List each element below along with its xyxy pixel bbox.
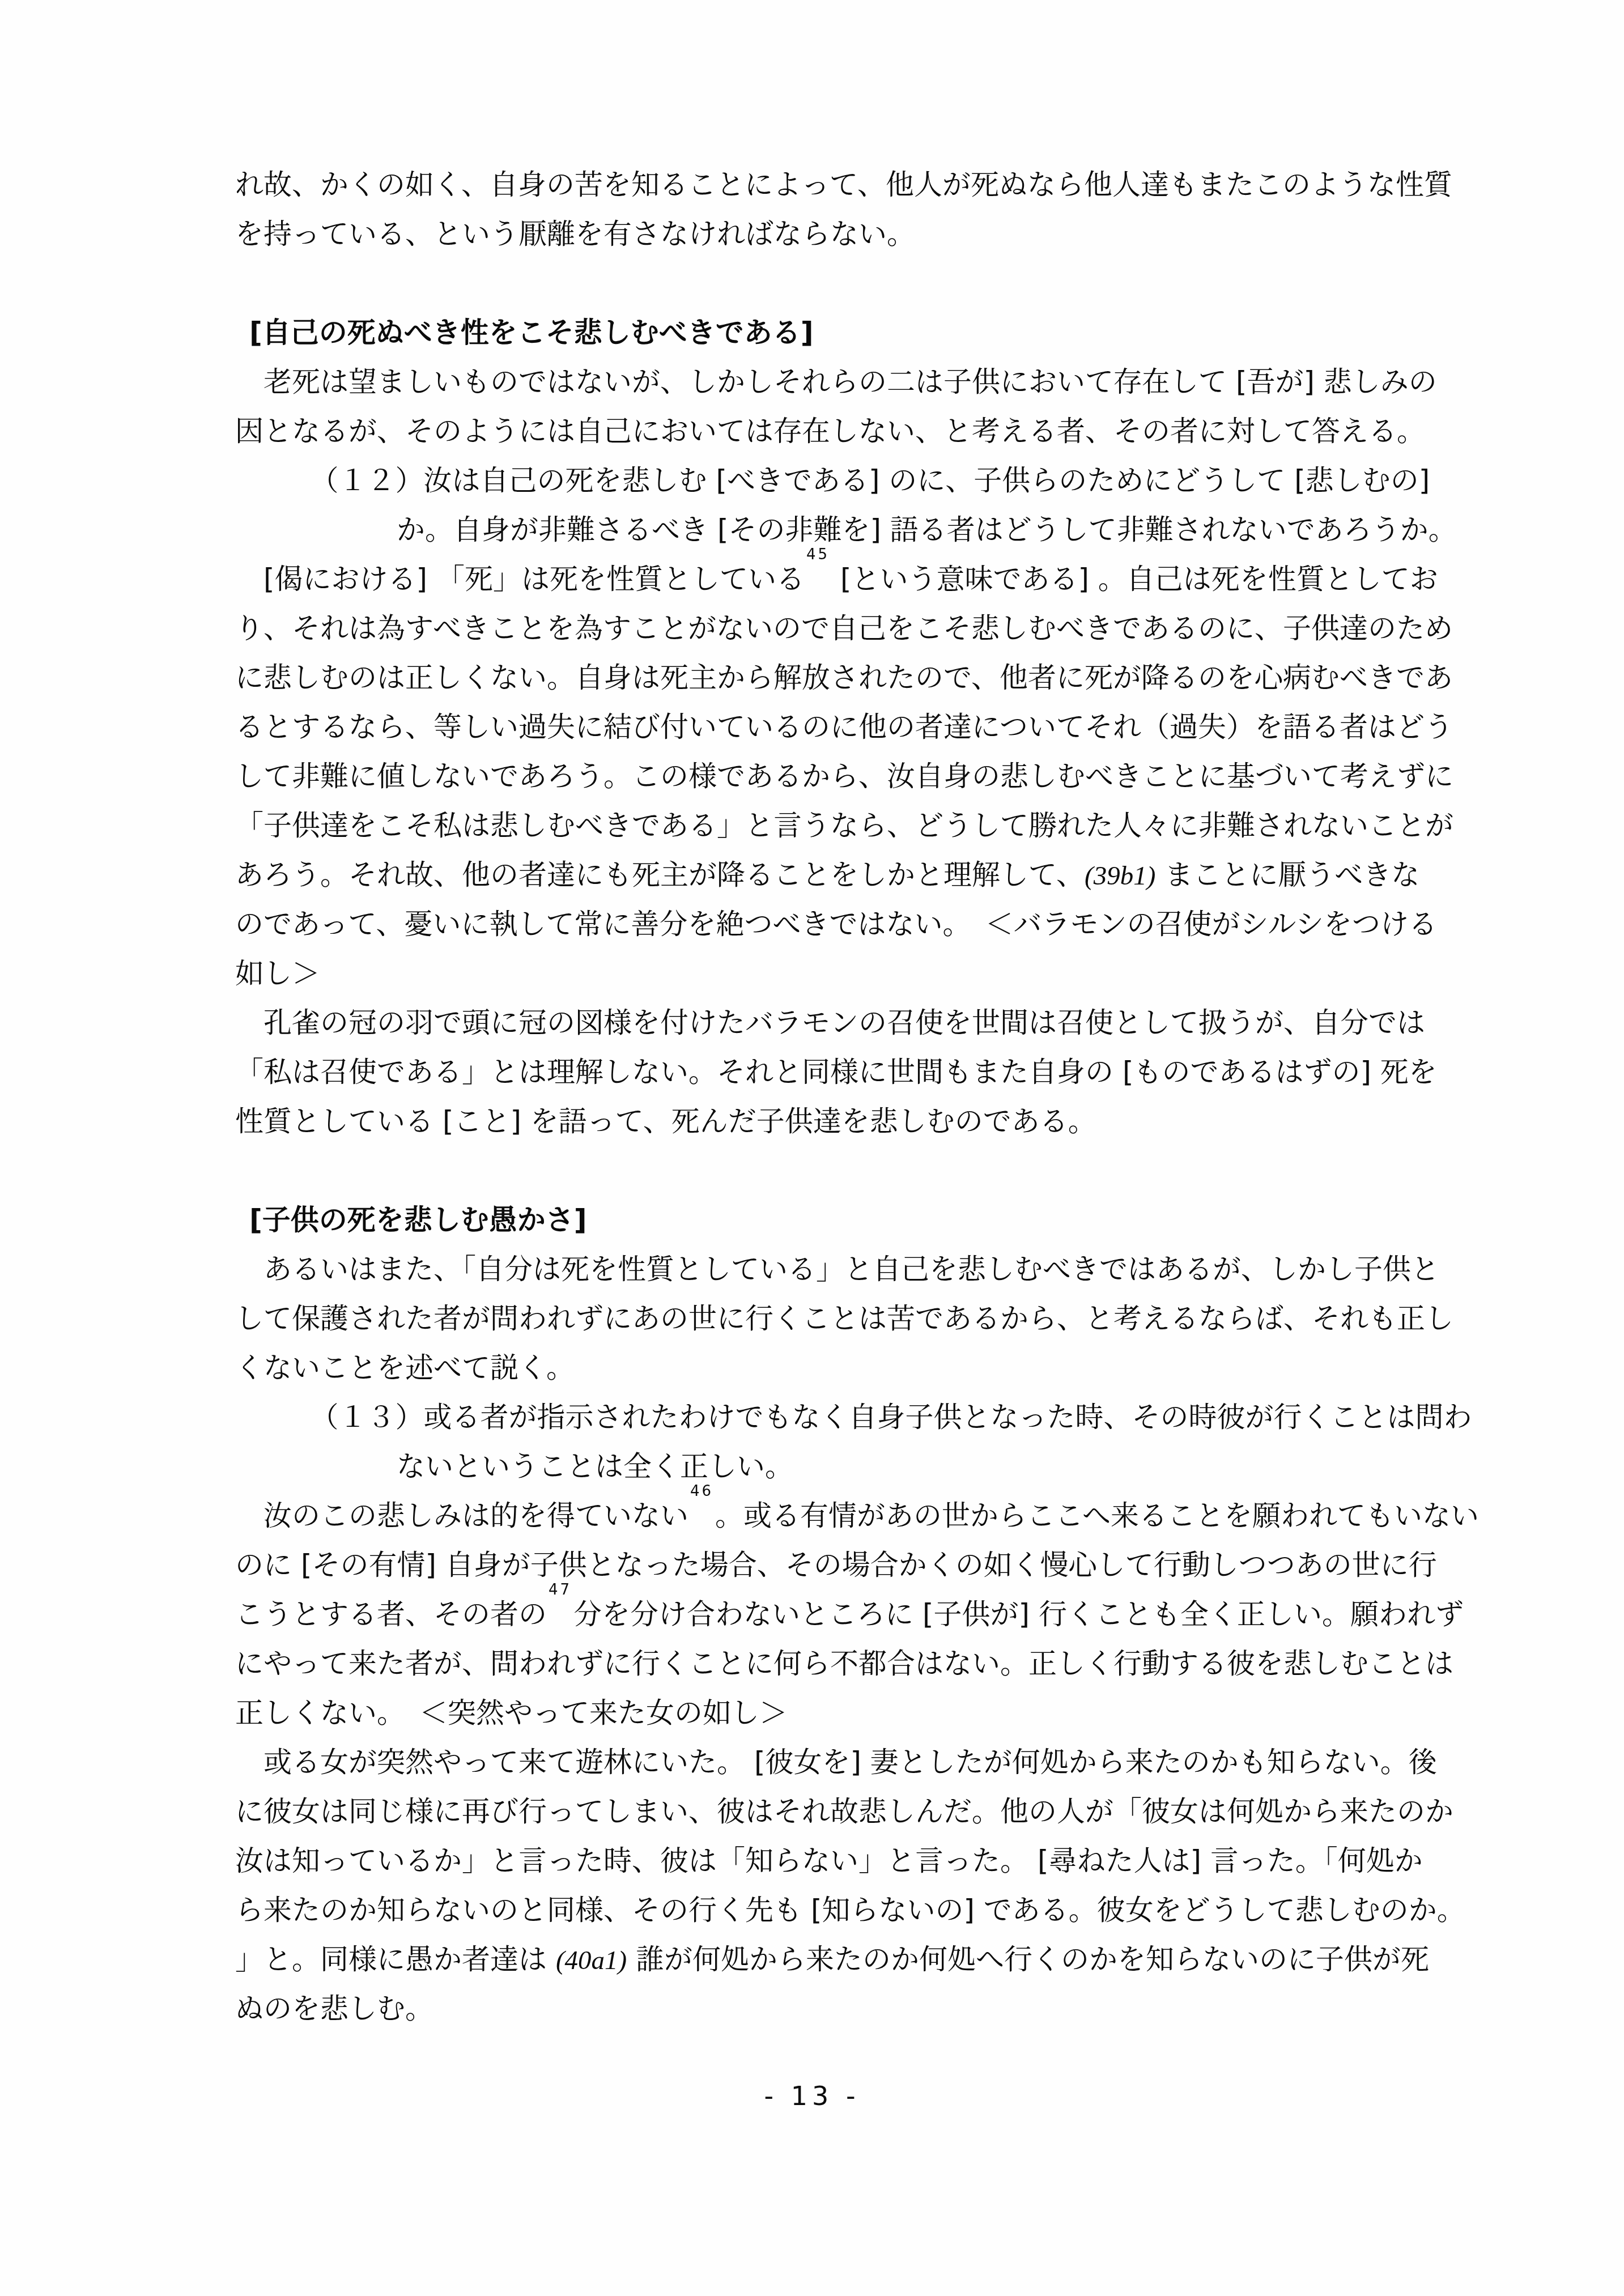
text-line: 或る女が突然やって来て遊林にいた。 [彼女を] 妻としたが何処から来たのかも知ら… [235,1738,1493,1787]
text-line: 正しくない。 ＜突然やって来た女の如し＞ [235,1689,1493,1738]
footnote-ref: 46 [690,1483,713,1500]
folio-ref: (39b1) [1085,861,1155,891]
text-line: くないことを述べて説く。 [235,1343,1493,1393]
document-page: れ故、かくの如く、自身の苦を知ることによって、他人が死ぬなら他人達もまたこのよう… [0,0,1624,2296]
section-heading: [自己の死ぬべき性をこそ悲しむべきである] [235,308,1493,358]
text-line: 汝のこの悲しみは的を得ていない46。或る有情があの世からここへ来ることを願われて… [235,1491,1493,1541]
text-line: あるいはまた、「自分は死を性質としている」と自己を悲しむべきではあるが、しかし子… [235,1245,1493,1294]
text-line: り、それは為すべきことを為すことがないので自己をこそ悲しむべきであるのに、子供達… [235,604,1493,653]
text-line: 「子供達をこそ私は悲しむべきである」と言うなら、どうして勝れた人々に非難されない… [235,801,1493,851]
blank-line [235,259,1493,308]
text-line: あろう。それ故、他の者達にも死主が降ることをしかと理解して、(39b1) まこと… [235,851,1493,900]
text-line: に悲しむのは正しくない。自身は死主から解放されたので、他者に死が降るのを心病むべ… [235,653,1493,703]
footnote-ref: 47 [549,1581,572,1598]
text-line: にやって来た者が、問われずに行くことに何ら不都合はない。正しく行動する彼を悲しむ… [235,1639,1493,1689]
folio-ref: (40a1) [556,1946,627,1975]
blank-line [235,1146,1493,1196]
footnote-ref: 45 [806,546,830,563]
text-line: 性質としている [こと] を語って、死んだ子供達を悲しむのである。 [235,1097,1493,1146]
text-column: れ故、かくの如く、自身の苦を知ることによって、他人が死ぬなら他人達もまたこのよう… [235,160,1493,2034]
text-line: して非難に値しないであろう。この様であるから、汝自身の悲しむべきことに基づいて考… [235,752,1493,801]
text-line: （１３）或る者が指示されたわけでもなく自身子供となった時、その時彼が行くことは問… [235,1393,1493,1442]
text-line: に彼女は同じ様に再び行ってしまい、彼はそれ故悲しんだ。他の人が「彼女は何処から来… [235,1787,1493,1836]
text-line: 「私は召使である」とは理解しない。それと同様に世間もまた自身の [ものであるはず… [235,1048,1493,1097]
text-line: [偈における] 「死」は死を性質としている45 [という意味である] 。自己は死… [235,555,1493,604]
text-line: のであって、憂いに執して常に善分を絶つべきではない。 ＜バラモンの召使がシルシを… [235,900,1493,949]
text-line: 老死は望ましいものではないが、しかしそれらの二は子供において存在して [吾が] … [235,358,1493,407]
text-line: れ故、かくの如く、自身の苦を知ることによって、他人が死ぬなら他人達もまたこのよう… [235,160,1493,210]
text-line: のに [その有情] 自身が子供となった場合、その場合かくの如く慢心して行動しつつ… [235,1541,1493,1590]
text-line: か。自身が非難さるべき [その非難を] 語る者はどうして非難されないであろうか。 [235,505,1493,555]
text-line: ないということは全く正しい。 [235,1442,1493,1491]
text-line: 孔雀の冠の羽で頭に冠の図様を付けたバラモンの召使を世間は召使として扱うが、自分で… [235,998,1493,1048]
text-line: 因となるが、そのようには自己においては存在しない、と考える者、その者に対して答え… [235,407,1493,456]
text-line: 」と。同様に愚か者達は (40a1) 誰が何処から来たのか何処へ行くのかを知らな… [235,1935,1493,1984]
text-line: ら来たのか知らないのと同様、その行く先も [知らないの] である。彼女をどうして… [235,1886,1493,1935]
text-line: ぬのを悲しむ。 [235,1984,1493,2034]
text-line: （１２）汝は自己の死を悲しむ [べきである] のに、子供らのためにどうして [悲… [235,456,1493,505]
text-line: 如し＞ [235,949,1493,998]
text-line: して保護された者が問われずにあの世に行くことは苦であるから、と考えるならば、それ… [235,1294,1493,1343]
page-number: - 13 - [0,2081,1624,2111]
text-line: を持っている、という厭離を有さなければならない。 [235,210,1493,259]
section-heading: [子供の死を悲しむ愚かさ] [235,1196,1493,1245]
text-line: 汝は知っているか」と言った時、彼は「知らない」と言った。 [尋ねた人は] 言った… [235,1836,1493,1886]
text-line: るとするなら、等しい過失に結び付いているのに他の者達についてそれ（過失）を語る者… [235,703,1493,752]
text-line: こうとする者、その者の47分を分け合わないところに [子供が] 行くことも全く正… [235,1590,1493,1639]
